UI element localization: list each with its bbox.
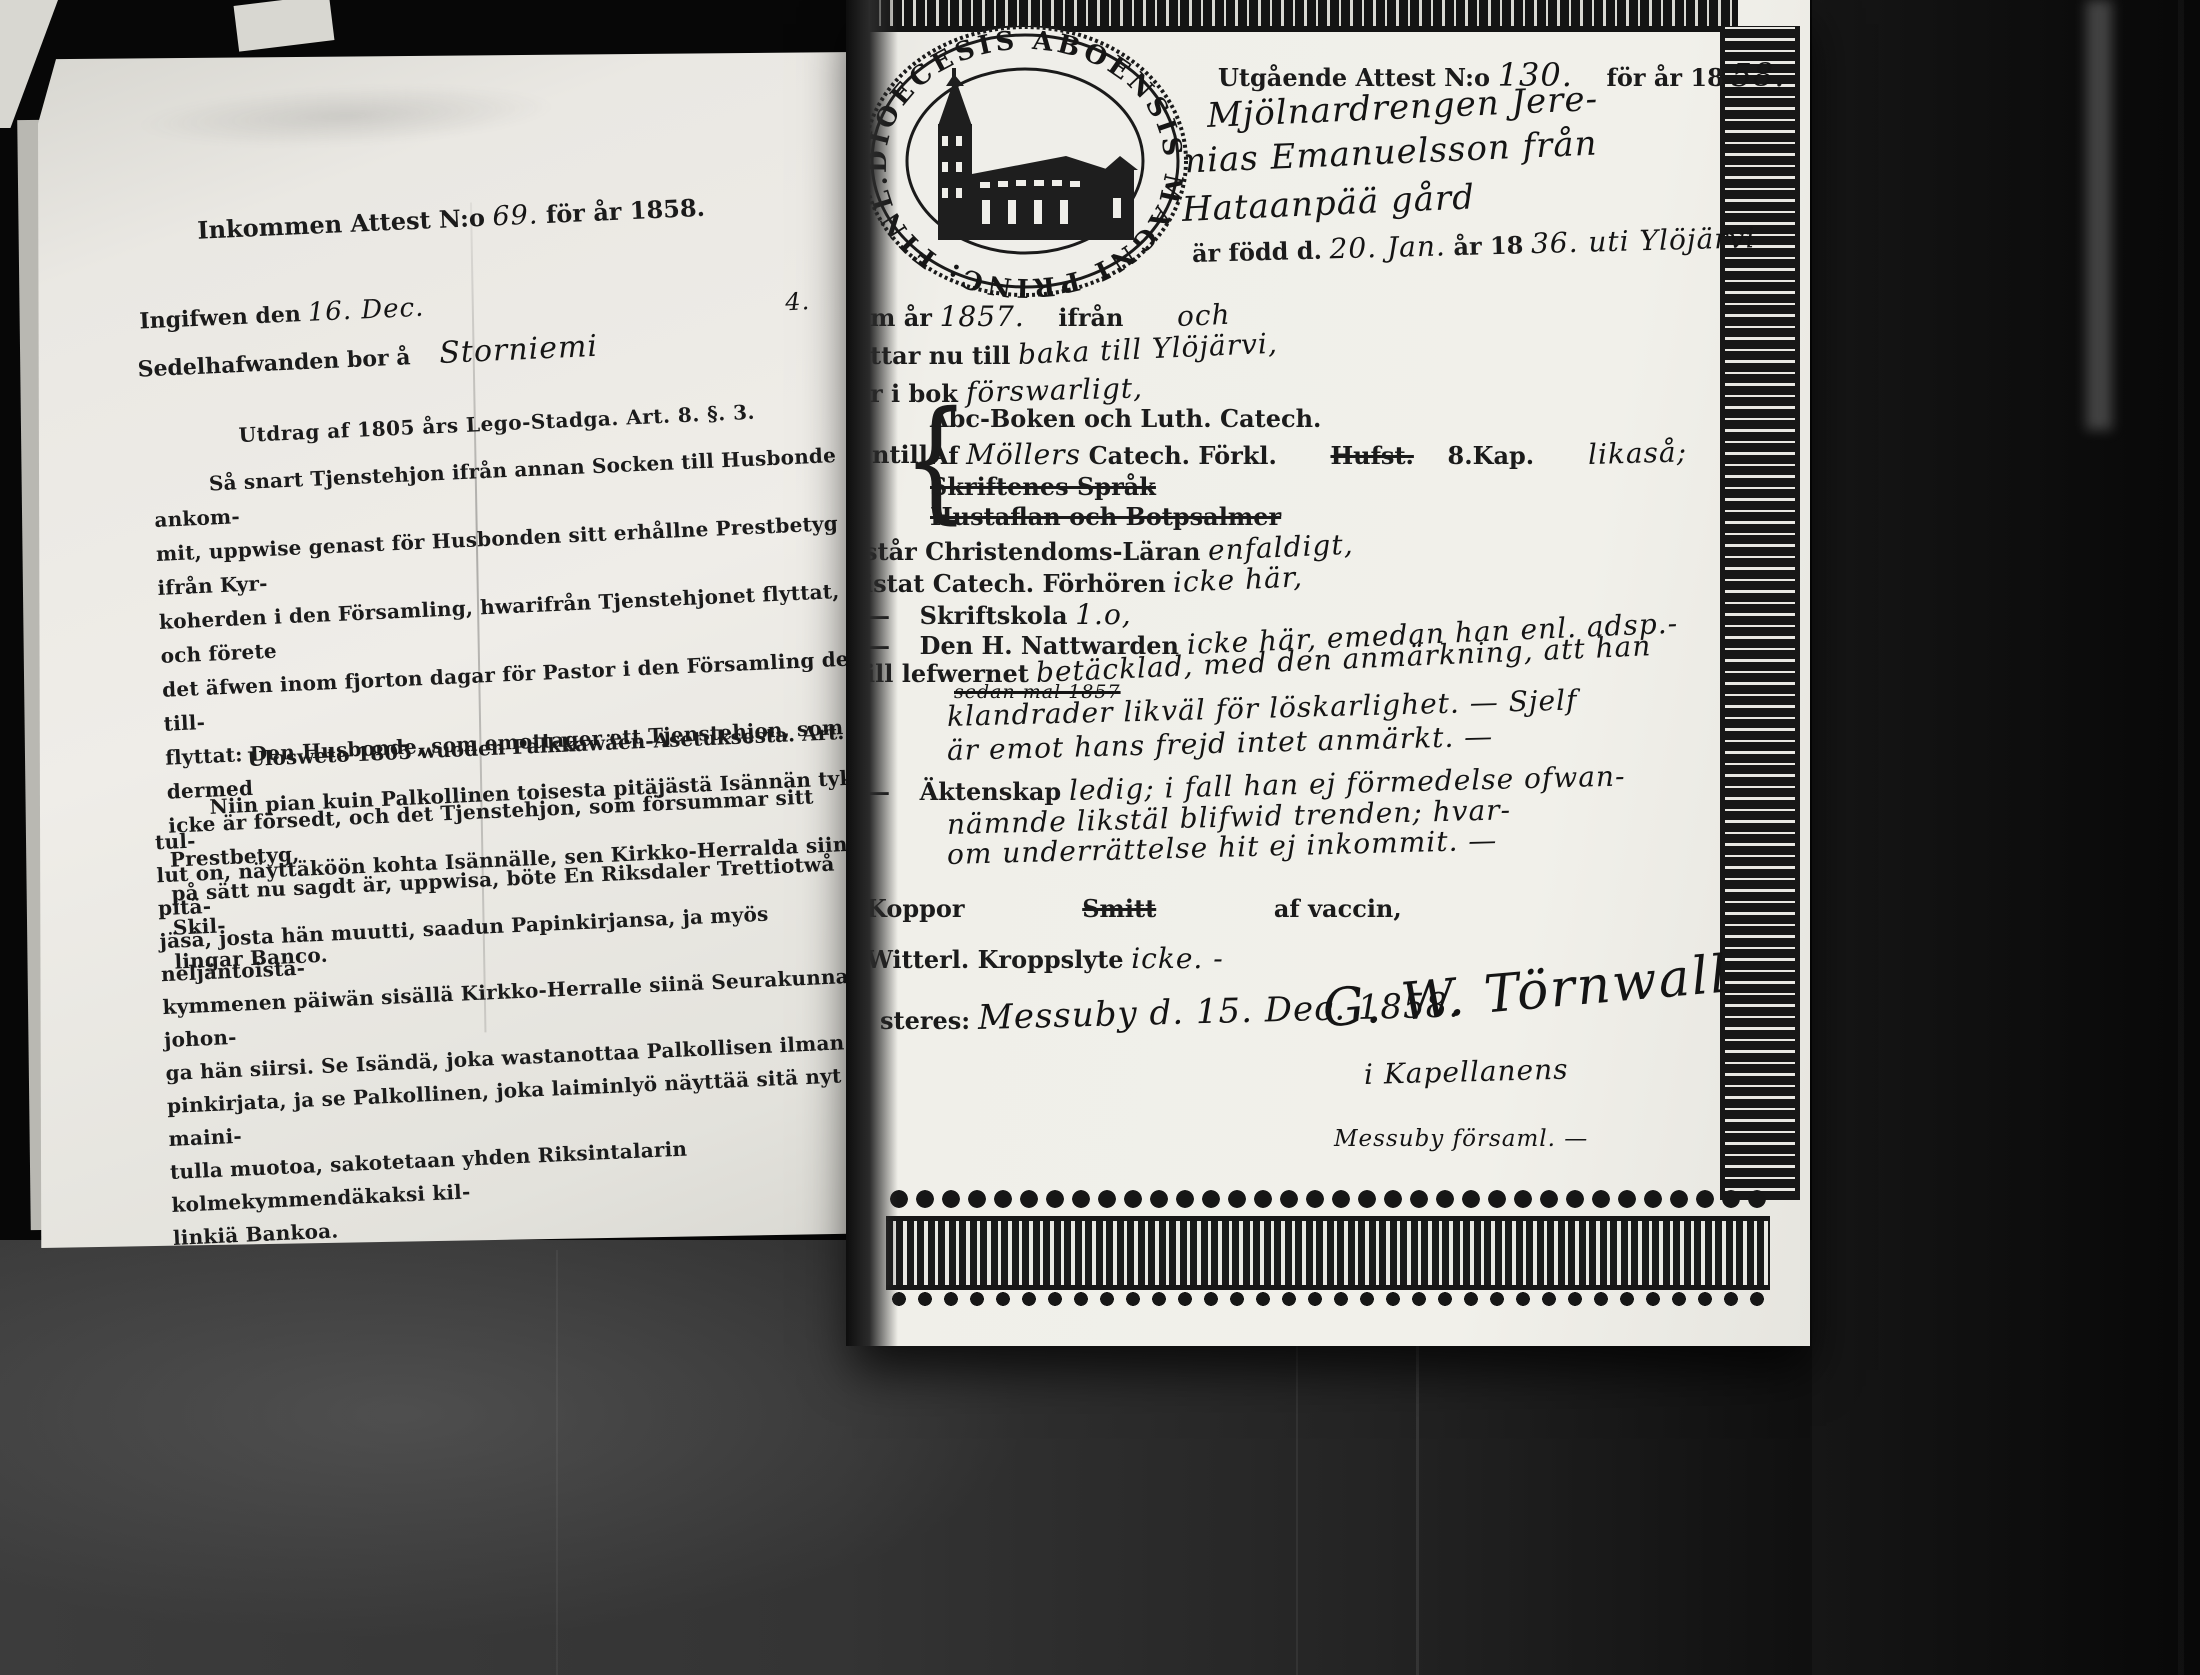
signature: G. W. Törnwall — [1322, 962, 1729, 1022]
holder-residence-line: Sedelhafwanden bor å Storniemi — [137, 329, 599, 385]
handwritten-text: 1857. — [940, 300, 1025, 333]
person-home-line: Hataanpää gård — [1182, 190, 1475, 230]
left-document: Inkommen Attest N:o 69. för år 1858. Ing… — [38, 52, 856, 1248]
struck-printed-text: Smitt — [1082, 894, 1156, 923]
paper-edge-sliver — [234, 0, 335, 52]
handwritten-text: 1.o, — [1075, 598, 1131, 631]
printed-text: Catech. Förkl. — [1089, 441, 1277, 470]
printed-text: är född d. — [1192, 236, 1323, 268]
header-year-prefix: för år 18 — [1607, 63, 1724, 92]
moves-back-line: ttar nu till baka till Ylöjärvi, — [870, 338, 1278, 371]
received-date-handwritten: 16. Dec. — [307, 293, 425, 328]
lace-border-right — [1720, 26, 1800, 1200]
diocese-seal: DIOECESIS ABOENSIS. MAGNI PRINC: FINL. — [854, 18, 1196, 304]
marriage-line-3: om underrättelse hit ej inkommit. — — [947, 838, 1497, 871]
holder-place-handwritten: Storniemi — [439, 329, 599, 371]
left-attest-header: Inkommen Attest N:o 69. för år 1858. — [197, 192, 706, 246]
printed-text: år 18 — [1453, 230, 1524, 261]
printed-text: Af — [930, 441, 959, 470]
handwritten-text: baka till Ylöjärvi, — [1017, 327, 1278, 371]
handwritten-text: 36. uti Ylöjärvi — [1531, 221, 1756, 260]
margin-mark-handwritten: 4. — [785, 287, 811, 316]
printed-text: Skriftskola — [920, 601, 1068, 630]
bodily-defect-line: Witterl. Kroppslyte icke. - — [866, 942, 1224, 975]
printed-text: Äktenskap — [920, 777, 1062, 806]
handwritten-text: icke här, — [1173, 560, 1304, 599]
attest-number-handwritten: 69. — [492, 199, 539, 232]
printed-text: Witterl. Kroppslyte — [866, 945, 1124, 974]
printed-text: af vaccin, — [1274, 894, 1402, 923]
holder-label: Sedelhafwanden bor å — [137, 344, 411, 382]
struck-printed-text: Hustaflan och Botpsalmer — [930, 502, 1281, 531]
handwritten-text: Messuby församl. — — [1334, 1126, 1588, 1152]
catechism-item-1: Abc-Boken och Luth. Catech. — [930, 404, 1321, 433]
handwritten-text: icke. - — [1131, 942, 1223, 975]
printed-text: istat Catech. Förhören — [864, 569, 1166, 598]
person-name-line-2: mias Emanuelsson från — [1174, 142, 1598, 182]
catechism-item-4: Hustaflan och Botpsalmer — [930, 502, 1281, 531]
parish-footer: Messuby församl. — — [1334, 1124, 1588, 1152]
finnish-statute-body: Niin pian kuin Palkollinen toisesta pitä… — [153, 760, 903, 1255]
scratch-mark — [2178, 0, 2184, 1675]
signature-title: i Kapellanens — [1364, 1058, 1569, 1091]
catechism-exam-line: istat Catech. Förhören icke här, — [864, 566, 1303, 599]
received-label: Ingifwen den — [139, 301, 301, 334]
catechism-item-3: Skriftenes Språk — [930, 472, 1156, 501]
struck-printed-text: Hufst. — [1330, 441, 1413, 470]
printed-text: ifrån — [1058, 303, 1123, 332]
signature-name: G. W. Törnwall — [1320, 944, 1731, 1039]
smallpox-line: Koppor Smitt af vaccin, — [866, 894, 1402, 923]
printed-text: Abc-Boken och Luth. Catech. — [930, 404, 1321, 433]
scratch-mark — [2086, 0, 2112, 430]
archival-photo: Inkommen Attest N:o 69. för år 1858. Ing… — [0, 0, 2200, 1675]
printed-text: står Christendoms-Läran — [864, 537, 1201, 566]
arrival-year-line: m år 1857. ifrån och — [870, 300, 1231, 333]
left-document-content: Inkommen Attest N:o 69. för år 1858. Ing… — [14, 36, 885, 1268]
handwritten-text: likaså; — [1587, 435, 1687, 471]
received-date-line: Ingifwen den 16. Dec. — [139, 293, 425, 336]
ink-smudge — [135, 76, 557, 155]
attest-year-handwritten: 58. — [1731, 56, 1785, 94]
lace-border-bottom — [886, 1216, 1770, 1290]
conduct-line-3: är emot hans frejd intet anmärkt. — — [947, 734, 1493, 767]
book-gutter-shadow — [846, 0, 898, 1346]
header-year: för år 1858. — [545, 193, 705, 229]
scratch-mark — [1416, 1345, 1419, 1675]
scratch-mark — [556, 1250, 558, 1675]
catechism-item-2: Af Möllers Catech. Förkl. Hufst. 8.Kap. … — [930, 438, 1687, 471]
printed-text: 8.Kap. — [1448, 441, 1535, 470]
handwritten-text: i Kapellanens — [1364, 1053, 1569, 1091]
right-document: DIOECESIS ABOENSIS. MAGNI PRINC: FINL. — [852, 0, 1810, 1346]
book-cover — [1812, 0, 2200, 1675]
handwritten-text: Hataanpää gård — [1181, 177, 1476, 230]
header-label: Inkommen Attest N:o — [197, 203, 486, 245]
swedish-statute-heading: Utdrag af 1805 års Lego-Stadga. Art. 8. … — [238, 400, 755, 447]
struck-printed-text: Skriftenes Språk — [930, 472, 1156, 501]
confirmation-school-line: — Skriftskola 1.o, — [866, 598, 1132, 631]
handwritten-text: 20. Jan. — [1329, 229, 1446, 265]
handwritten-text: Möllers — [966, 438, 1081, 471]
